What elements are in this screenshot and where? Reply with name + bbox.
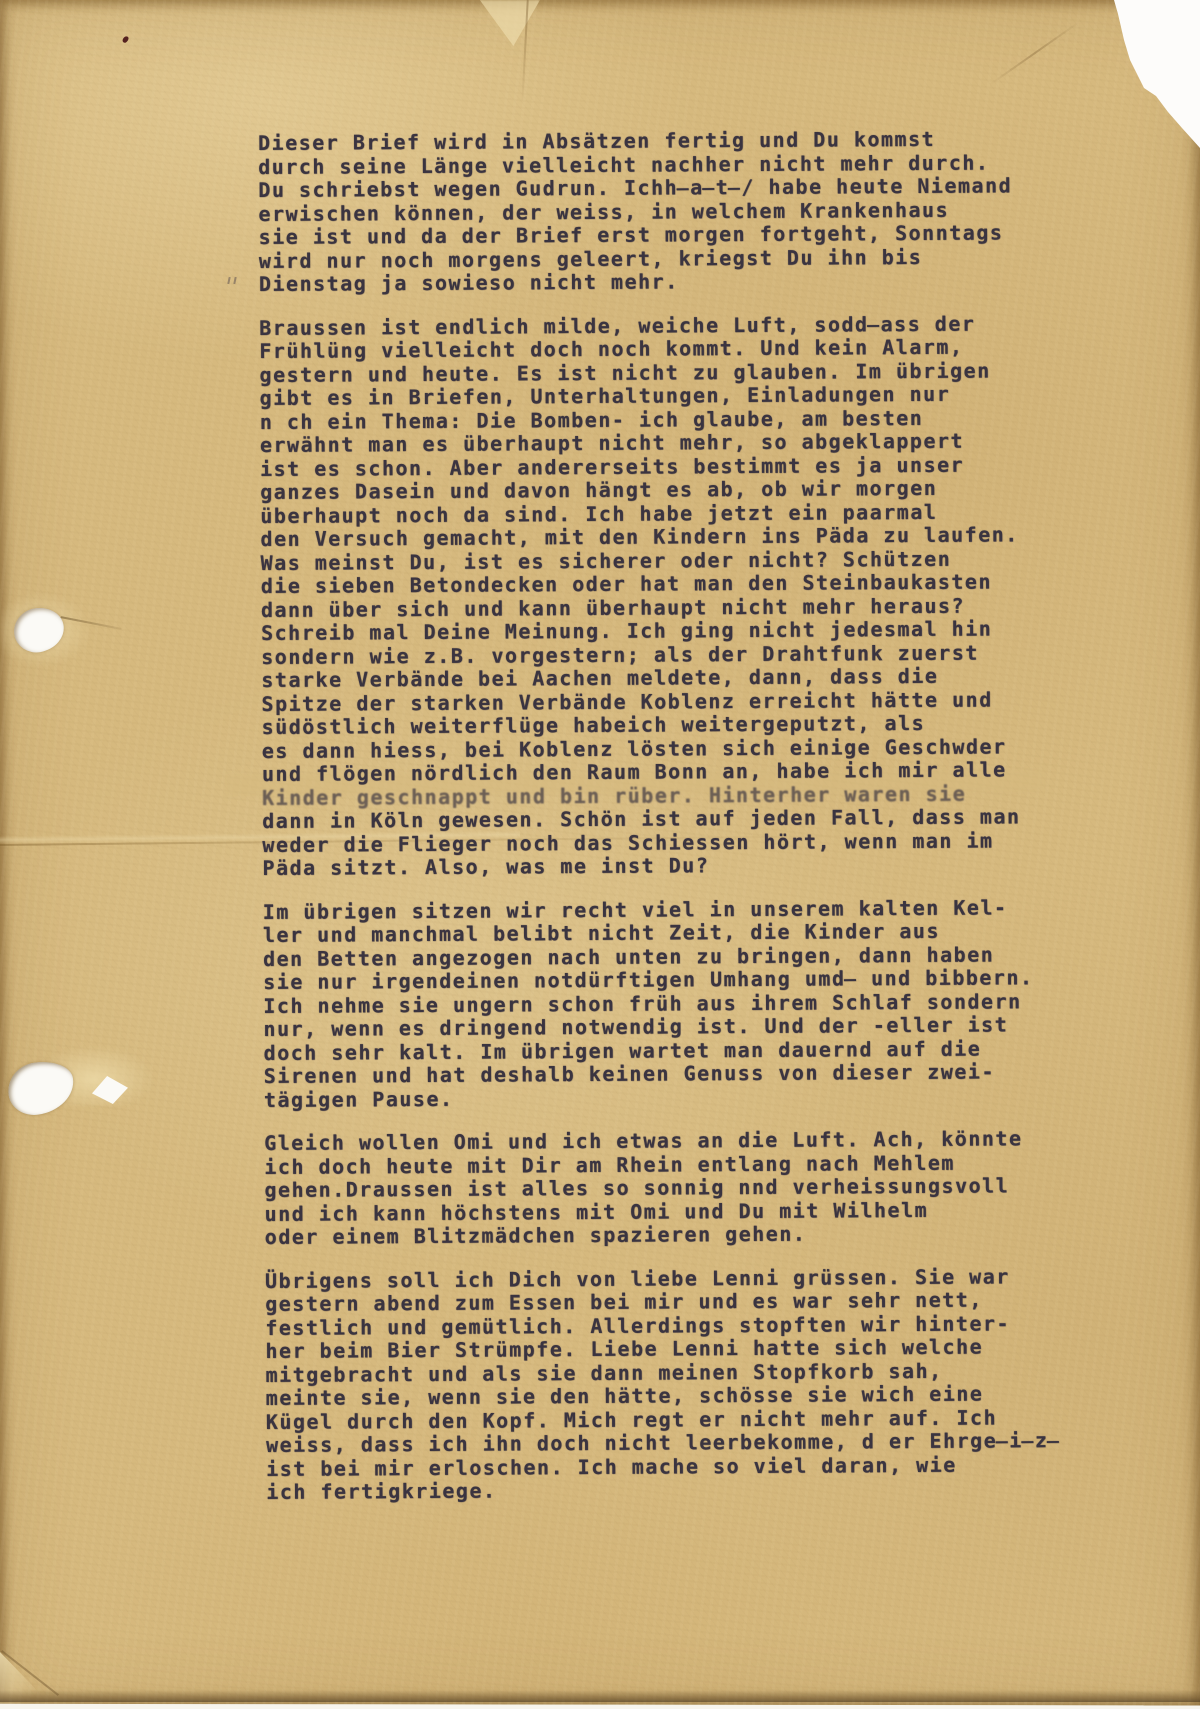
paragraph: Dieser Brief wird in Absätzen fertig und… <box>258 127 1053 296</box>
letter-line: gehen.Draussen ist alles so sonnig nnd v… <box>264 1174 1059 1202</box>
letter-line: Kinder geschnappt und bin rüber. Hinterh… <box>262 782 1057 810</box>
bottom-edge-shadow <box>0 1690 1200 1702</box>
paragraph: Braussen ist endlich milde, weiche Luft,… <box>259 312 1057 881</box>
letter-line: ich fertigkriege. <box>266 1476 1061 1504</box>
paragraph: Im übrigen sitzen wir recht viel in unse… <box>263 896 1059 1112</box>
paragraph: Gleich wollen Omi und ich etwas an die L… <box>264 1127 1059 1249</box>
stray-ink-marks <box>228 277 242 285</box>
letter-line: oder einem Blitzmädchen spazieren gehen. <box>265 1221 1060 1249</box>
letter-line: gibt es in Briefen, Unterhaltungen, Einl… <box>260 382 1055 410</box>
letter-line: Sirenen und hat deshalb keinen Genuss vo… <box>264 1060 1059 1088</box>
letter-line: tägigen Pause. <box>264 1084 1059 1112</box>
letter-line: Päda sitzt. Also, was me inst Du? <box>262 852 1057 880</box>
letter-text: Dieser Brief wird in Absätzen fertig und… <box>258 127 1061 1524</box>
scanned-letter-page: Dieser Brief wird in Absätzen fertig und… <box>0 0 1200 1709</box>
letter-line: sie ist und da der Brief erst morgen for… <box>259 221 1054 249</box>
letter-line: ist bei mir erloschen. Ich mache so viel… <box>266 1453 1061 1481</box>
letter-line: Dienstag ja sowieso nicht mehr. <box>259 268 1054 296</box>
paragraph: Übrigens soll ich Dich von liebe Lenni g… <box>265 1265 1061 1505</box>
